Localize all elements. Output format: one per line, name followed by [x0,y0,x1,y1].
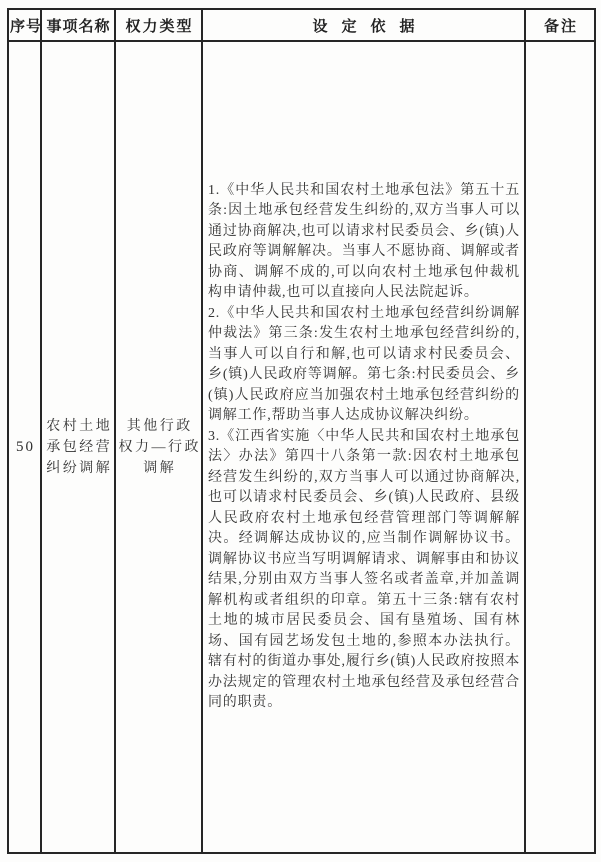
column-header-remark: 备注 [525,9,595,41]
column-header-power-type: 权力类型 [115,9,202,41]
cell-item-name: 农村土地 承包经营 纠纷调解 [41,41,115,853]
cell-power-type: 其他行政 权力—行政 调解 [115,41,202,853]
power-type-line: 调解 [116,458,201,479]
column-header-item-name: 事项名称 [41,9,115,41]
item-name-line: 农村土地 [42,416,114,437]
power-type-line: 其他行政 [116,416,201,437]
power-type-line: 权力—行政 [116,437,201,458]
basis-paragraph: 3.《江西省实施〈中华人民共和国农村土地承包法〉办法》第四十八条第一款:因农村土… [208,427,520,714]
basis-paragraph: 2.《中华人民共和国农村土地承包经营纠纷调解仲裁法》第三条:发生农村土地承包经营… [208,304,520,427]
cell-basis: 1.《中华人民共和国农村土地承包法》第五十五条:因土地承包经营发生纠纷的,双方当… [202,41,525,853]
item-name-line: 纠纷调解 [42,458,114,479]
column-header-basis: 设定依据 [202,9,525,41]
column-header-serial-number: 序号 [8,9,41,41]
table-header-row: 序号 事项名称 权力类型 设定依据 备注 [8,9,595,41]
power-items-table: 序号 事项名称 权力类型 设定依据 备注 50 农村土地 承包经营 纠纷调解 其… [7,8,596,854]
cell-serial-number: 50 [8,41,41,853]
item-name-line: 承包经营 [42,437,114,458]
serial-number-value: 50 [16,439,35,455]
basis-text-block: 1.《中华人民共和国农村土地承包法》第五十五条:因土地承包经营发生纠纷的,双方当… [208,181,520,714]
cell-remark [525,41,595,853]
table-row: 50 农村土地 承包经营 纠纷调解 其他行政 权力—行政 调解 1.《中华人民共… [8,41,595,853]
basis-paragraph: 1.《中华人民共和国农村土地承包法》第五十五条:因土地承包经营发生纠纷的,双方当… [208,181,520,304]
